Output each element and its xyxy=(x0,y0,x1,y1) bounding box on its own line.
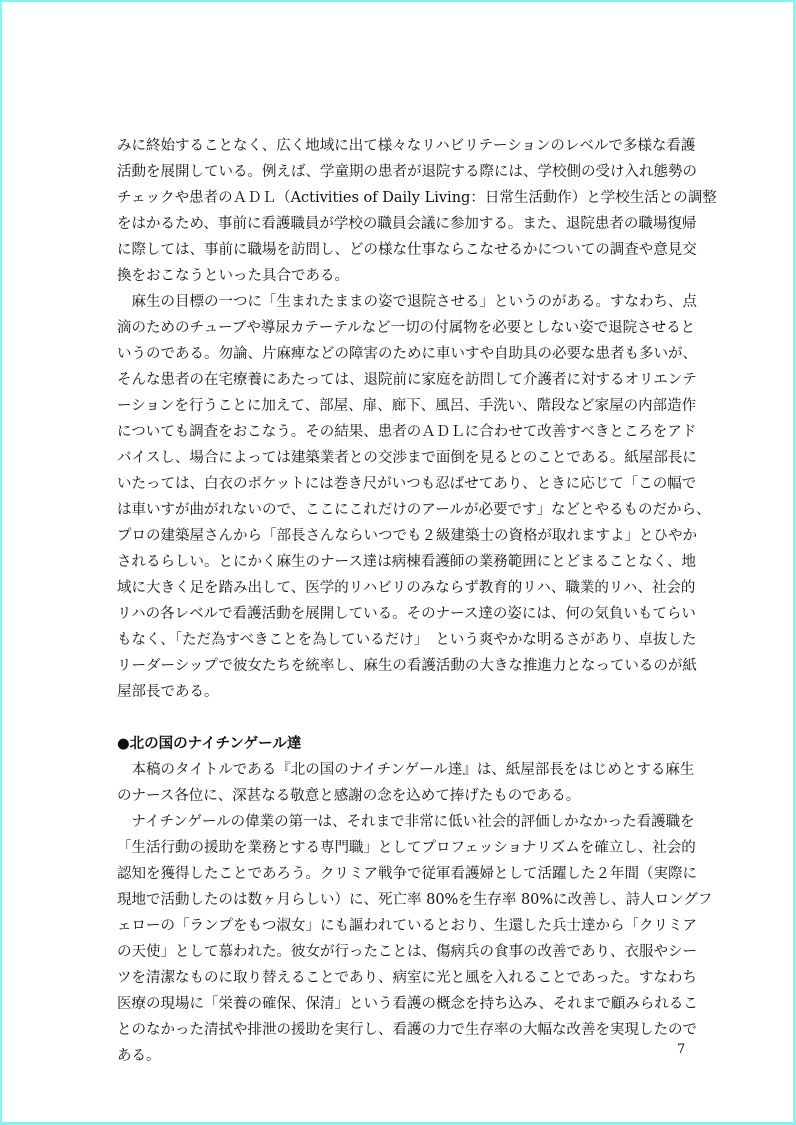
text-line: 本稿のタイトルである『北の国のナイチンゲール達』は、紙屋部長をはじめとする麻生 xyxy=(117,757,692,783)
text-line: ナイチンゲールの偉業の第一は、それまで非常に低い社会的評価しかなかった看護職を xyxy=(117,809,692,835)
text-line: リハの各レベルで看護活動を展開している。そのナース達の姿には、何の気負いもてらい xyxy=(117,601,692,627)
text-line: は車いすが曲がれないので、ここにこれだけのアールが必要です」などとやるものだから… xyxy=(117,497,692,523)
text-line: のナース各位に、深甚なる敬意と感謝の念を込めて捧げたものである。 xyxy=(117,783,692,809)
text-line: 滴のためのチューブや導尿カテーテルなど一切の付属物を必要としない姿で退院させると xyxy=(117,315,692,341)
text-line: もなく、「ただ為すべきことを為しているだけ」 という爽やかな明るさがあり、卓抜し… xyxy=(117,627,692,653)
text-line: に際しては、事前に職場を訪問し、どの様な仕事ならこなせるかについての調査や意見交 xyxy=(117,237,692,263)
paragraph-1: みに終始することなく、広く地域に出て様々なリハビリテーションのレベルで多様な看護… xyxy=(117,133,692,289)
document-page: みに終始することなく、広く地域に出て様々なリハビリテーションのレベルで多様な看護… xyxy=(0,0,796,1125)
text-line: 現地で活動したのは数ヶ月らしい）に、死亡率 80%を生存率 80%に改善し、詩人… xyxy=(117,887,692,913)
text-line: 「生活行動の援助を業務とする専門職」としてプロフェッショナリズムを確立し、社会的 xyxy=(117,835,692,861)
section-heading: ●北の国のナイチンゲール達 xyxy=(117,731,692,757)
text-line: の天使」として慕われた。彼女が行ったことは、傷病兵の食事の改善であり、衣服やシー xyxy=(117,939,692,965)
text-line: をはかるため、事前に看護職員が学校の職員会議に参加する。また、退院患者の職場復帰 xyxy=(117,211,692,237)
page-number: 7 xyxy=(677,1042,685,1057)
text-line: 認知を獲得したことであろう。クリミア戦争で従軍看護婦として活躍した２年間（実際に xyxy=(117,861,692,887)
text-line: ーションを行うことに加えて、部屋、扉、廊下、風呂、手洗い、階段など家屋の内部造作 xyxy=(117,393,692,419)
body-text: みに終始することなく、広く地域に出て様々なリハビリテーションのレベルで多様な看護… xyxy=(117,133,692,1069)
text-line: いうのである。勿論、片麻痺などの障害のために車いすや自助具の必要な患者も多いが、 xyxy=(117,341,692,367)
text-line: 域に大きく足を踏み出して、医学的リハビリのみならず教育的リハ、職業的リハ、社会的 xyxy=(117,575,692,601)
text-line: 活動を展開している。例えば、学童期の患者が退院する際には、学校側の受け入れ態勢の xyxy=(117,159,692,185)
text-line: とのなかった清拭や排泄の援助を実行し、看護の力で生存率の大幅な改善を実現したので xyxy=(117,1017,692,1043)
text-line: 医療の現場に「栄養の確保、保清」という看護の概念を持ち込み、それまで顧みられるこ xyxy=(117,991,692,1017)
text-line: 麻生の目標の一つに「生まれたままの姿で退院させる」というのがある。すなわち、点 xyxy=(117,289,692,315)
text-line: みに終始することなく、広く地域に出て様々なリハビリテーションのレベルで多様な看護 xyxy=(117,133,692,159)
text-line: いたっては、白衣のポケットには巻き尺がいつも忍ばせてあり、ときに応じて「この幅で xyxy=(117,471,692,497)
text-line: されるらしい。とにかく麻生のナース達は病棟看護師の業務範囲にとどまることなく、地 xyxy=(117,549,692,575)
text-line: リーダーシップで彼女たちを統率し、麻生の看護活動の大きな推進力となっているのが紙 xyxy=(117,653,692,679)
paragraph-4: ナイチンゲールの偉業の第一は、それまで非常に低い社会的評価しかなかった看護職を … xyxy=(117,809,692,1069)
text-line: バイスし、場合によっては建築業者との交渉まで面倒を見るとのことである。紙屋部長に xyxy=(117,445,692,471)
text-line: についても調査をおこなう。その結果、患者のＡＤＬに合わせて改善すべきところをアド xyxy=(117,419,692,445)
text-line: プロの建築屋さんから「部長さんならいつでも２級建築士の資格が取れますよ」とひやか xyxy=(117,523,692,549)
paragraph-2: 麻生の目標の一つに「生まれたままの姿で退院させる」というのがある。すなわち、点 … xyxy=(117,289,692,705)
blank-line xyxy=(117,705,692,731)
paragraph-3: 本稿のタイトルである『北の国のナイチンゲール達』は、紙屋部長をはじめとする麻生 … xyxy=(117,757,692,809)
text-line: 屋部長である。 xyxy=(117,679,692,705)
text-line: ある。 xyxy=(117,1043,692,1069)
text-line: ツを清潔なものに取り替えることであり、病室に光と風を入れることであった。すなわち xyxy=(117,965,692,991)
text-line: そんな患者の在宅療養にあたっては、退院前に家庭を訪問して介護者に対するオリエンテ xyxy=(117,367,692,393)
text-line: ェローの「ランプをもつ淑女」にも謳われているとおり、生還した兵士達から「クリミア xyxy=(117,913,692,939)
text-line: チェックや患者のＡＤＬ（Activities of Daily Living：日… xyxy=(117,185,692,211)
text-line: 換をおこなうといった具合である。 xyxy=(117,263,692,289)
